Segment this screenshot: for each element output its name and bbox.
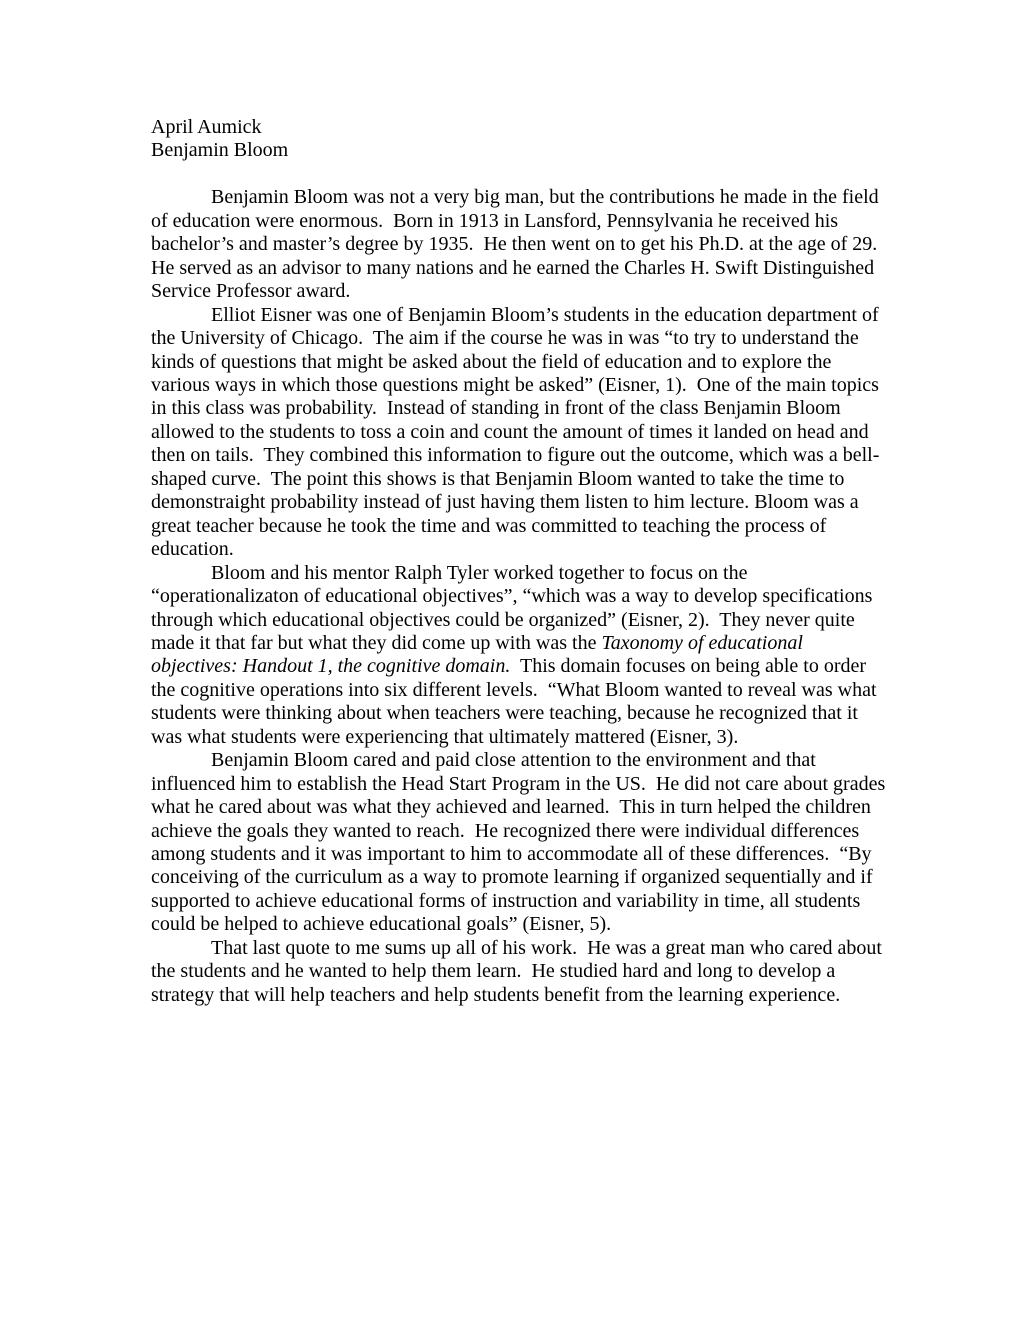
body-paragraph: Benjamin Bloom was not a very big man, b… bbox=[151, 186, 893, 303]
body-paragraph: That last quote to me sums up all of his… bbox=[151, 937, 893, 1007]
text-segment: That last quote to me sums up all of his… bbox=[151, 937, 887, 1006]
text-segment: Benjamin Bloom was not a very big man, b… bbox=[151, 186, 887, 302]
body-paragraph: Elliot Eisner was one of Benjamin Bloom’… bbox=[151, 304, 893, 562]
essay-body: Benjamin Bloom was not a very big man, b… bbox=[151, 186, 893, 1007]
body-paragraph: Bloom and his mentor Ralph Tyler worked … bbox=[151, 562, 893, 750]
essay-title: Benjamin Bloom bbox=[151, 139, 893, 162]
text-segment: Benjamin Bloom cared and paid close atte… bbox=[151, 749, 890, 935]
body-paragraph: Benjamin Bloom cared and paid close atte… bbox=[151, 749, 893, 937]
text-segment: Elliot Eisner was one of Benjamin Bloom’… bbox=[151, 304, 884, 561]
document-page: April Aumick Benjamin Bloom Benjamin Blo… bbox=[0, 0, 1020, 1320]
author-name: April Aumick bbox=[151, 116, 893, 139]
blank-line bbox=[151, 163, 893, 186]
essay-text-block: April Aumick Benjamin Bloom Benjamin Blo… bbox=[151, 116, 893, 1007]
